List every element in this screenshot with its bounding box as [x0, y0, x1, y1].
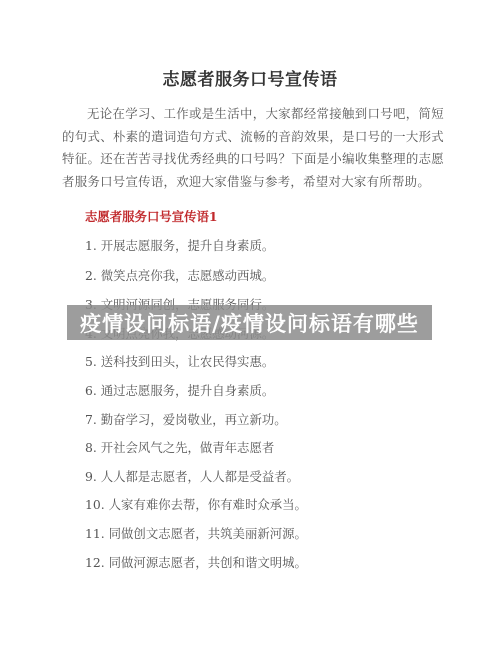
slogan-item: 12. 同做河源志愿者，共创和谐文明城。 [85, 553, 307, 571]
slogan-item: 5. 送科技到田头，让农民得实惠。 [85, 352, 274, 370]
document-title: 志愿者服务口号宣传语 [0, 65, 500, 90]
slogan-item: 7. 勤奋学习，爱岗敬业，再立新功。 [85, 410, 287, 428]
slogan-item: 6. 通过志愿服务，提升自身素质。 [85, 381, 274, 399]
slogan-item: 10. 人家有难你去帮，你有难时众承当。 [85, 495, 307, 513]
slogan-item: 2. 微笑点亮你我，志愿感动西城。 [85, 266, 274, 284]
section-heading: 志愿者服务口号宣传语1 [85, 207, 218, 225]
intro-paragraph: 无论在学习、工作或是生活中，大家都经常接触到口号吧，简短的句式、朴素的遣词造句方… [62, 103, 444, 193]
banner-title: 疫情设问标语/疫情设问标语有哪些 [80, 308, 419, 338]
slogan-item: 8. 开社会风气之先，做青年志愿者 [85, 438, 274, 456]
slogan-item: 11. 同做创文志愿者，共筑美丽新河源。 [85, 524, 307, 542]
overlay-banner: 疫情设问标语/疫情设问标语有哪些 [67, 305, 432, 340]
slogan-item: 1. 开展志愿服务，提升自身素质。 [85, 236, 274, 254]
slogan-item: 9. 人人都是志愿者，人人都是受益者。 [85, 467, 299, 485]
